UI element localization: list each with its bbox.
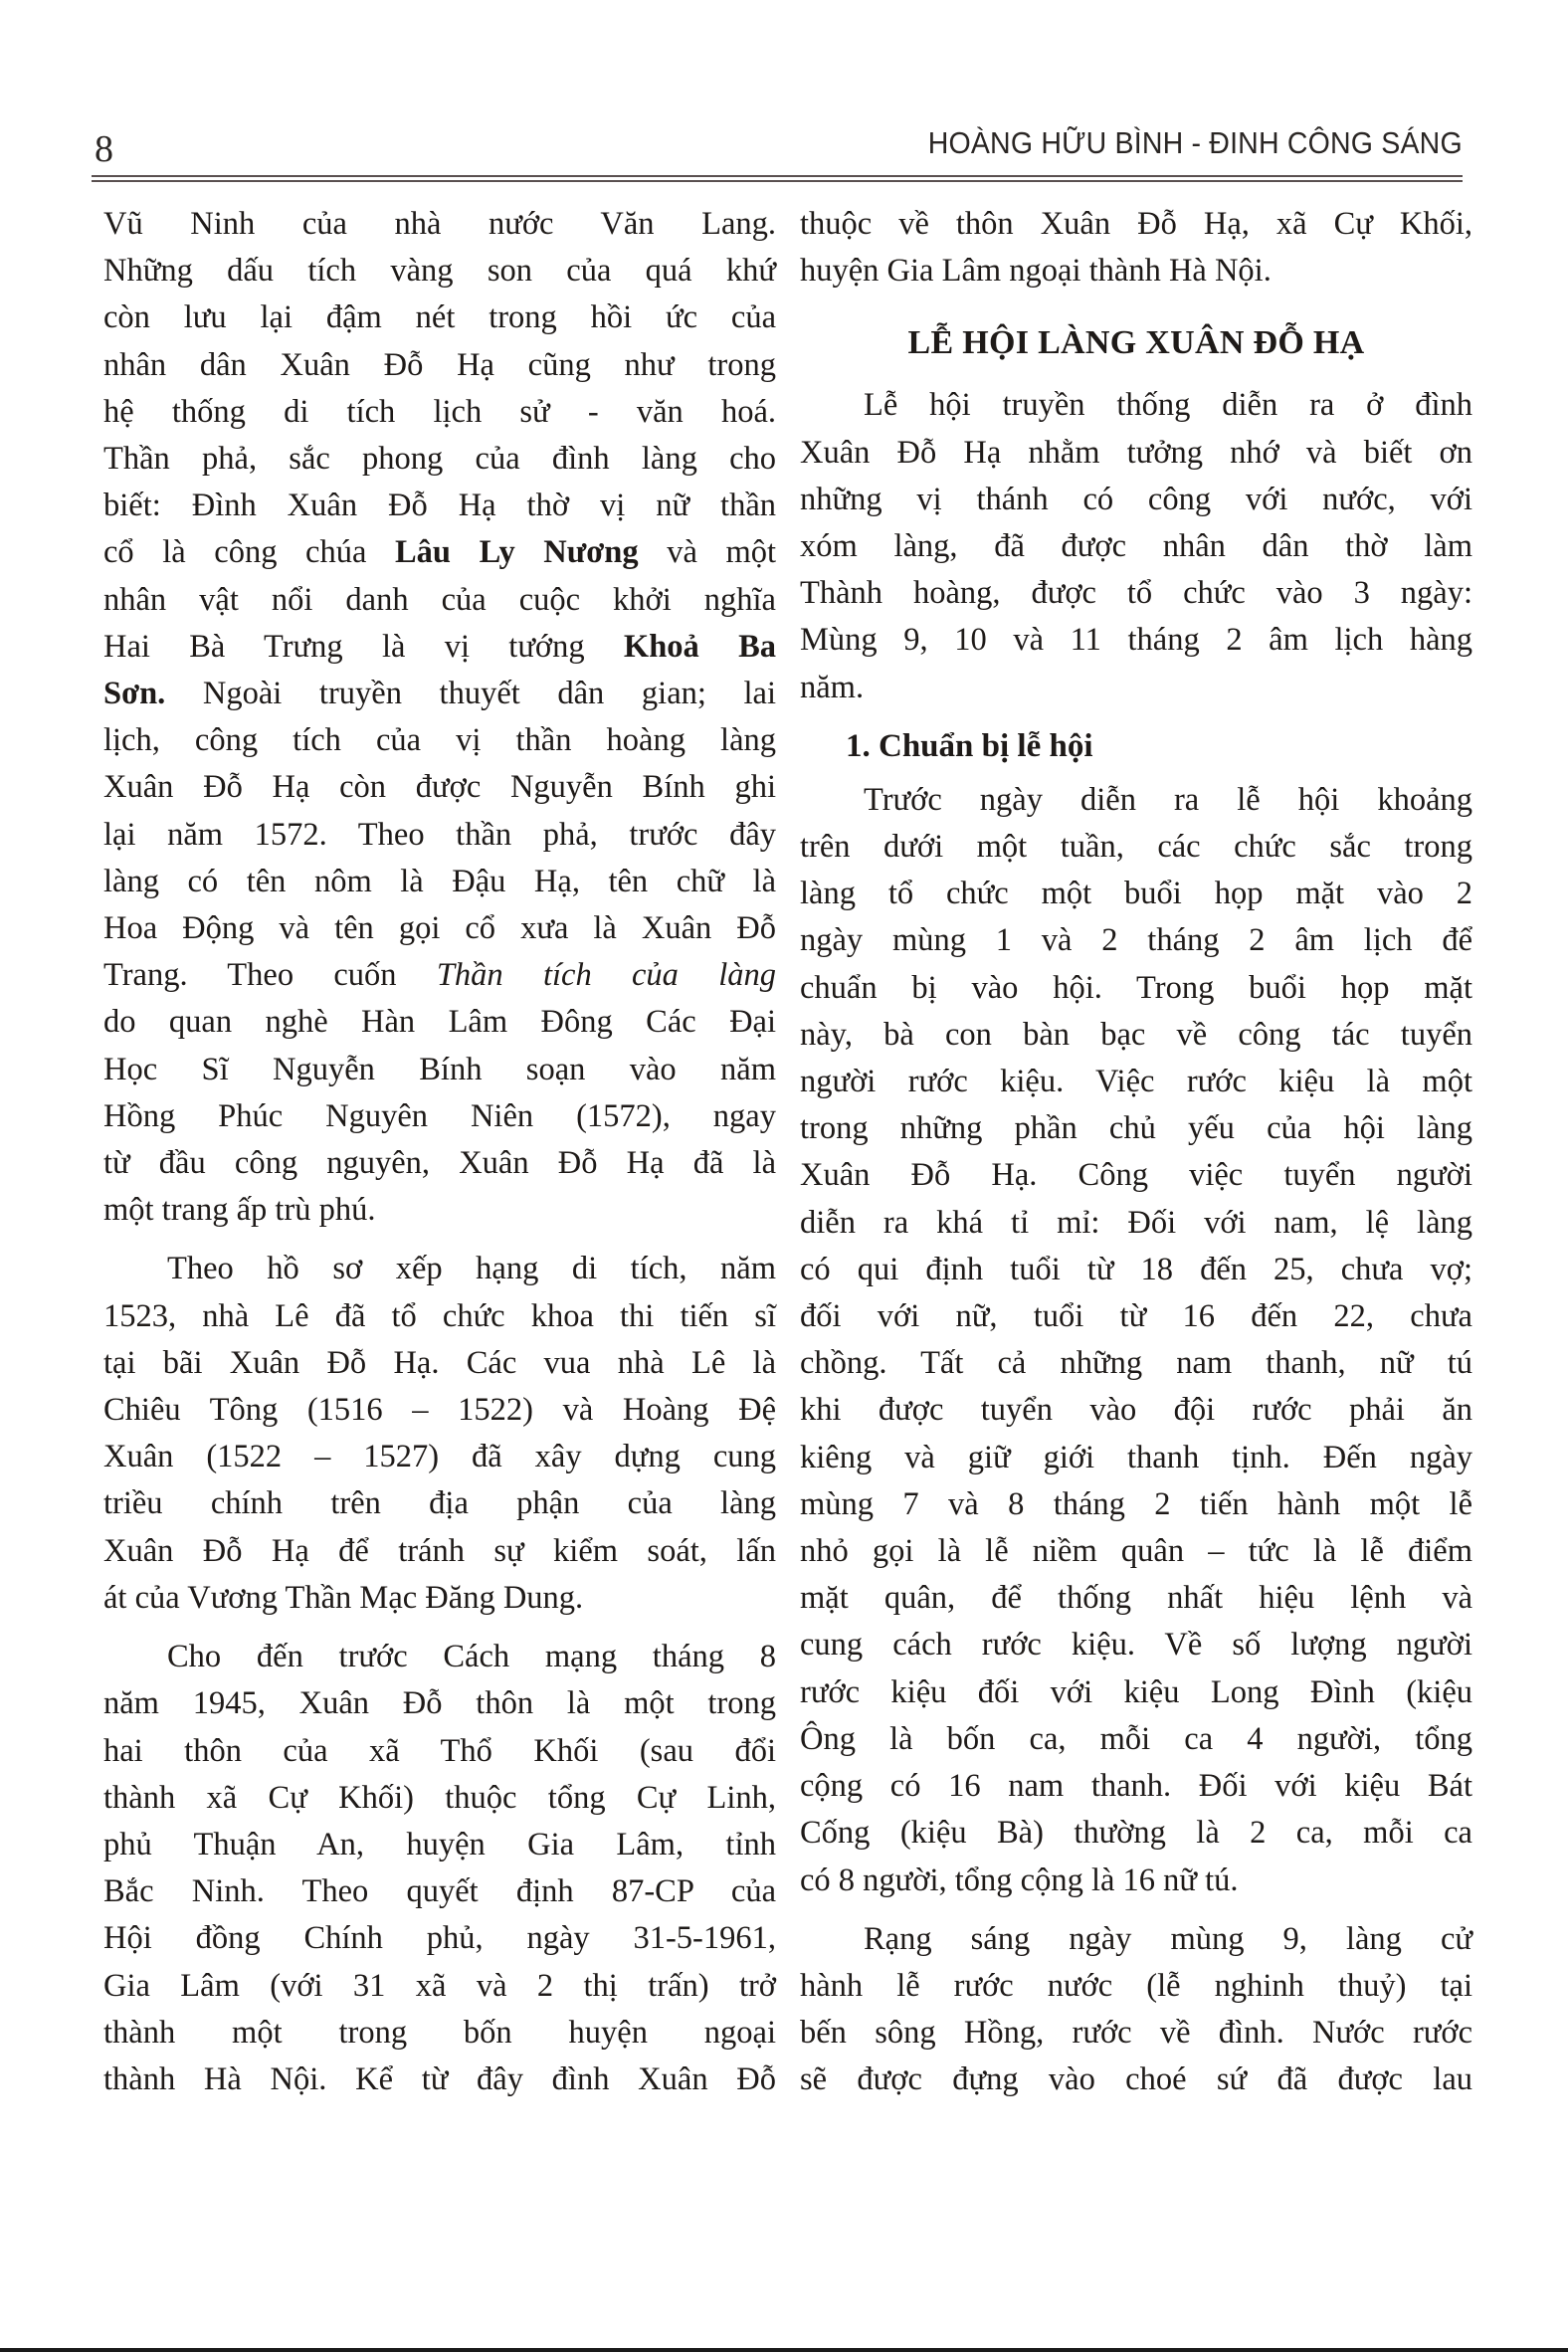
text-line: Xuân (1522 – 1527) đã xây dựng cung (103, 1434, 776, 1480)
text-line: Xuân Đỗ Hạ nhằm tưởng nhớ và biết ơn (800, 430, 1472, 477)
text-line: lịch, công tích của vị thần hoàng làng (103, 717, 776, 764)
text-line: hai thôn của xã Thổ Khối (sau đổi (103, 1728, 776, 1775)
text-line: thành một trong bốn huyện ngoại (103, 2010, 776, 2057)
text-line: những vị thánh có công với nước, với (800, 477, 1472, 523)
text-run: và một (639, 534, 776, 570)
paragraph-continuation: thuộc về thôn Xuân Đỗ Hạ, xã Cự Khối, hu… (800, 201, 1472, 294)
text-line: Thành hoàng, được tổ chức vào 3 ngày: (800, 570, 1472, 617)
text-line: tại bãi Xuân Đỗ Hạ. Các vua nhà Lê là (103, 1340, 776, 1387)
bold-name-lau-ly-nuong: Lâu Ly Nương (395, 534, 639, 570)
text-line: làng có tên nôm là Đậu Hạ, tên chữ là (103, 859, 776, 905)
text-line: Hồng Phúc Nguyên Niên (1572), ngay (103, 1093, 776, 1140)
text-line: trên dưới một tuần, các chức sắc trong (800, 824, 1472, 871)
text-line: Vũ Ninh của nhà nước Văn Lang. (103, 201, 776, 248)
text-line: biết: Đình Xuân Đỗ Hạ thờ vị nữ thần (103, 483, 776, 529)
text-line: triều chính trên địa phận của làng (103, 1480, 776, 1527)
text-line: thuộc về thôn Xuân Đỗ Hạ, xã Cự Khối, (800, 201, 1472, 248)
text-line: Mùng 9, 10 và 11 tháng 2 âm lịch hàng (800, 617, 1472, 664)
text-line: Hoa Động và tên gọi cổ xưa là Xuân Đỗ (103, 905, 776, 952)
right-column: thuộc về thôn Xuân Đỗ Hạ, xã Cự Khối, hu… (800, 201, 1472, 2104)
text-line: chồng. Tất cả những nam thanh, nữ tú (800, 1340, 1472, 1387)
text-line: Thần phả, sắc phong của đình làng cho (103, 436, 776, 483)
text-line: mặt quân, để thống nhất hiệu lệnh và (800, 1575, 1472, 1622)
text-line: diễn ra khá tỉ mỉ: Đối với nam, lệ làng (800, 1200, 1472, 1247)
text-line: Rạng sáng ngày mùng 9, làng cử (800, 1916, 1472, 1963)
text-run: Hai Bà Trưng là vị tướng (103, 629, 624, 665)
text-line: Chiêu Tông (1516 – 1522) và Hoàng Đệ (103, 1387, 776, 1434)
page-number: 8 (95, 127, 113, 171)
text-line: người rước kiệu. Việc rước kiệu là một (800, 1059, 1472, 1105)
text-line: át của Vương Thần Mạc Đăng Dung. (103, 1575, 776, 1622)
text-run: Trang. Theo cuốn (103, 957, 437, 993)
text-line: hệ thống di tích lịch sử - văn hoá. (103, 389, 776, 436)
text-line: bến sông Hồng, rước về đình. Nước rước (800, 2010, 1472, 2057)
text-run: cổ là công chúa (103, 534, 395, 570)
text-line: ngày mùng 1 và 2 tháng 2 âm lịch để (800, 917, 1472, 964)
text-line: Hai Bà Trưng là vị tướng Khoả Ba (103, 624, 776, 671)
text-line: Sơn. Ngoài truyền thuyết dân gian; lai (103, 671, 776, 717)
section-title: LỄ HỘI LÀNG XUÂN ĐỖ HẠ (800, 318, 1472, 368)
paragraph-preparation: Trước ngày diễn ra lễ hội khoảng trên dư… (800, 777, 1472, 1904)
text-line: cổ là công chúa Lâu Ly Nương và một (103, 529, 776, 576)
text-line: Học Sĩ Nguyễn Bính soạn vào năm (103, 1047, 776, 1093)
text-line: làng tổ chức một buổi họp mặt vào 2 (800, 871, 1472, 917)
bold-name-son: Sơn. (103, 676, 165, 711)
text-line: khi được tuyển vào đội rước phải ăn (800, 1387, 1472, 1434)
running-head-authors: HOÀNG HỮU BÌNH - ĐINH CÔNG SÁNG (928, 125, 1463, 161)
text-line: lại năm 1572. Theo thần phả, trước đây (103, 812, 776, 859)
text-line: xóm làng, đã được nhân dân thờ làm (800, 523, 1472, 570)
text-line: đối với nữ, tuổi từ 16 đến 22, chưa (800, 1293, 1472, 1340)
text-line: năm. (800, 665, 1472, 711)
text-line: Xuân Đỗ Hạ để tránh sự kiểm soát, lấn (103, 1528, 776, 1575)
paragraph-festival-intro: Lễ hội truyền thống diễn ra ở đình Xuân … (800, 382, 1472, 710)
text-line: mùng 7 và 8 tháng 2 tiến hành một lễ (800, 1481, 1472, 1528)
text-line: thành xã Cự Khối) thuộc tổng Cự Linh, (103, 1775, 776, 1822)
paragraph-administrative: Cho đến trước Cách mạng tháng 8 năm 1945… (103, 1634, 776, 2103)
text-line: năm 1945, Xuân Đỗ thôn là một trong (103, 1680, 776, 1727)
text-line: Xuân Đỗ Hạ. Công việc tuyển người (800, 1152, 1472, 1199)
text-line: Ông là bốn ca, mỗi ca 4 người, tổng (800, 1716, 1472, 1763)
scan-bottom-edge (0, 2348, 1568, 2352)
page-header: 8 HOÀNG HỮU BÌNH - ĐINH CÔNG SÁNG (92, 117, 1463, 177)
text-line: huyện Gia Lâm ngoại thành Hà Nội. (800, 248, 1472, 294)
text-line: nhân vật nổi danh của cuộc khởi nghĩa (103, 577, 776, 624)
text-line: Cho đến trước Cách mạng tháng 8 (103, 1634, 776, 1680)
text-line: kiêng và giữ giới thanh tịnh. Đến ngày (800, 1435, 1472, 1481)
text-line: từ đầu công nguyên, Xuân Đỗ Hạ đã là (103, 1140, 776, 1187)
header-rule-bottom (92, 180, 1463, 182)
text-line: cộng có 16 nam thanh. Đối với kiệu Bát (800, 1763, 1472, 1810)
text-line: 1523, nhà Lê đã tổ chức khoa thi tiến sĩ (103, 1293, 776, 1340)
bold-name-khoa-ba: Khoả Ba (624, 629, 776, 665)
text-line: có qui định tuổi từ 18 đến 25, chưa vợ; (800, 1247, 1472, 1293)
text-line: rước kiệu đối với kiệu Long Đình (kiệu (800, 1669, 1472, 1716)
text-line: trong những phần chủ yếu của hội làng (800, 1105, 1472, 1152)
text-line: Những dấu tích vàng son của quá khứ (103, 248, 776, 294)
text-line: còn lưu lại đậm nét trong hồi ức của (103, 294, 776, 341)
text-line: chuẩn bị vào hội. Trong buổi họp mặt (800, 965, 1472, 1012)
subsection-title: 1. Chuẩn bị lễ hội (846, 721, 1472, 771)
text-line: có 8 người, tổng cộng là 16 nữ tú. (800, 1858, 1472, 1904)
text-line: Trang. Theo cuốn Thần tích của làng (103, 952, 776, 999)
text-line: cung cách rước kiệu. Về số lượng người (800, 1622, 1472, 1668)
text-line: Lễ hội truyền thống diễn ra ở đình (800, 382, 1472, 429)
text-line: Trước ngày diễn ra lễ hội khoảng (800, 777, 1472, 824)
text-line: nhỏ gọi là lễ niềm quân – tức là lễ điểm (800, 1528, 1472, 1575)
paragraph-history: Vũ Ninh của nhà nước Văn Lang. Những dấu… (103, 201, 776, 1234)
text-line: sẽ được đựng vào choé sứ đã được lau (800, 2057, 1472, 2103)
text-line: nhân dân Xuân Đỗ Hạ cũng như trong (103, 342, 776, 389)
left-column: Vũ Ninh của nhà nước Văn Lang. Những dấu… (103, 201, 776, 2103)
text-line: Gia Lâm (với 31 xã và 2 thị trấn) trở (103, 1963, 776, 2010)
text-line: Hội đồng Chính phủ, ngày 31-5-1961, (103, 1915, 776, 1962)
text-line: này, bà con bàn bạc về công tác tuyển (800, 1012, 1472, 1059)
header-rule-top (92, 175, 1463, 177)
text-line: Theo hồ sơ xếp hạng di tích, năm (103, 1246, 776, 1292)
text-line: hành lễ rước nước (lễ nghinh thuỷ) tại (800, 1963, 1472, 2010)
text-line: phủ Thuận An, huyện Gia Lâm, tỉnh (103, 1822, 776, 1868)
text-line: Bắc Ninh. Theo quyết định 87-CP của (103, 1868, 776, 1915)
text-run: Ngoài truyền thuyết dân gian; lai (165, 676, 776, 711)
italic-book-title: Thần tích của làng (437, 957, 776, 993)
text-line: do quan nghè Hàn Lâm Đông Các Đại (103, 999, 776, 1046)
text-line: một trang ấp trù phú. (103, 1187, 776, 1234)
text-line: Cống (kiệu Bà) thường là 2 ca, mỗi ca (800, 1810, 1472, 1857)
text-line: Xuân Đỗ Hạ còn được Nguyễn Bính ghi (103, 764, 776, 811)
paragraph-le-dynasty: Theo hồ sơ xếp hạng di tích, năm 1523, n… (103, 1246, 776, 1622)
text-line: thành Hà Nội. Kể từ đây đình Xuân Đỗ (103, 2057, 776, 2103)
paragraph-water-procession: Rạng sáng ngày mùng 9, làng cử hành lễ r… (800, 1916, 1472, 2104)
